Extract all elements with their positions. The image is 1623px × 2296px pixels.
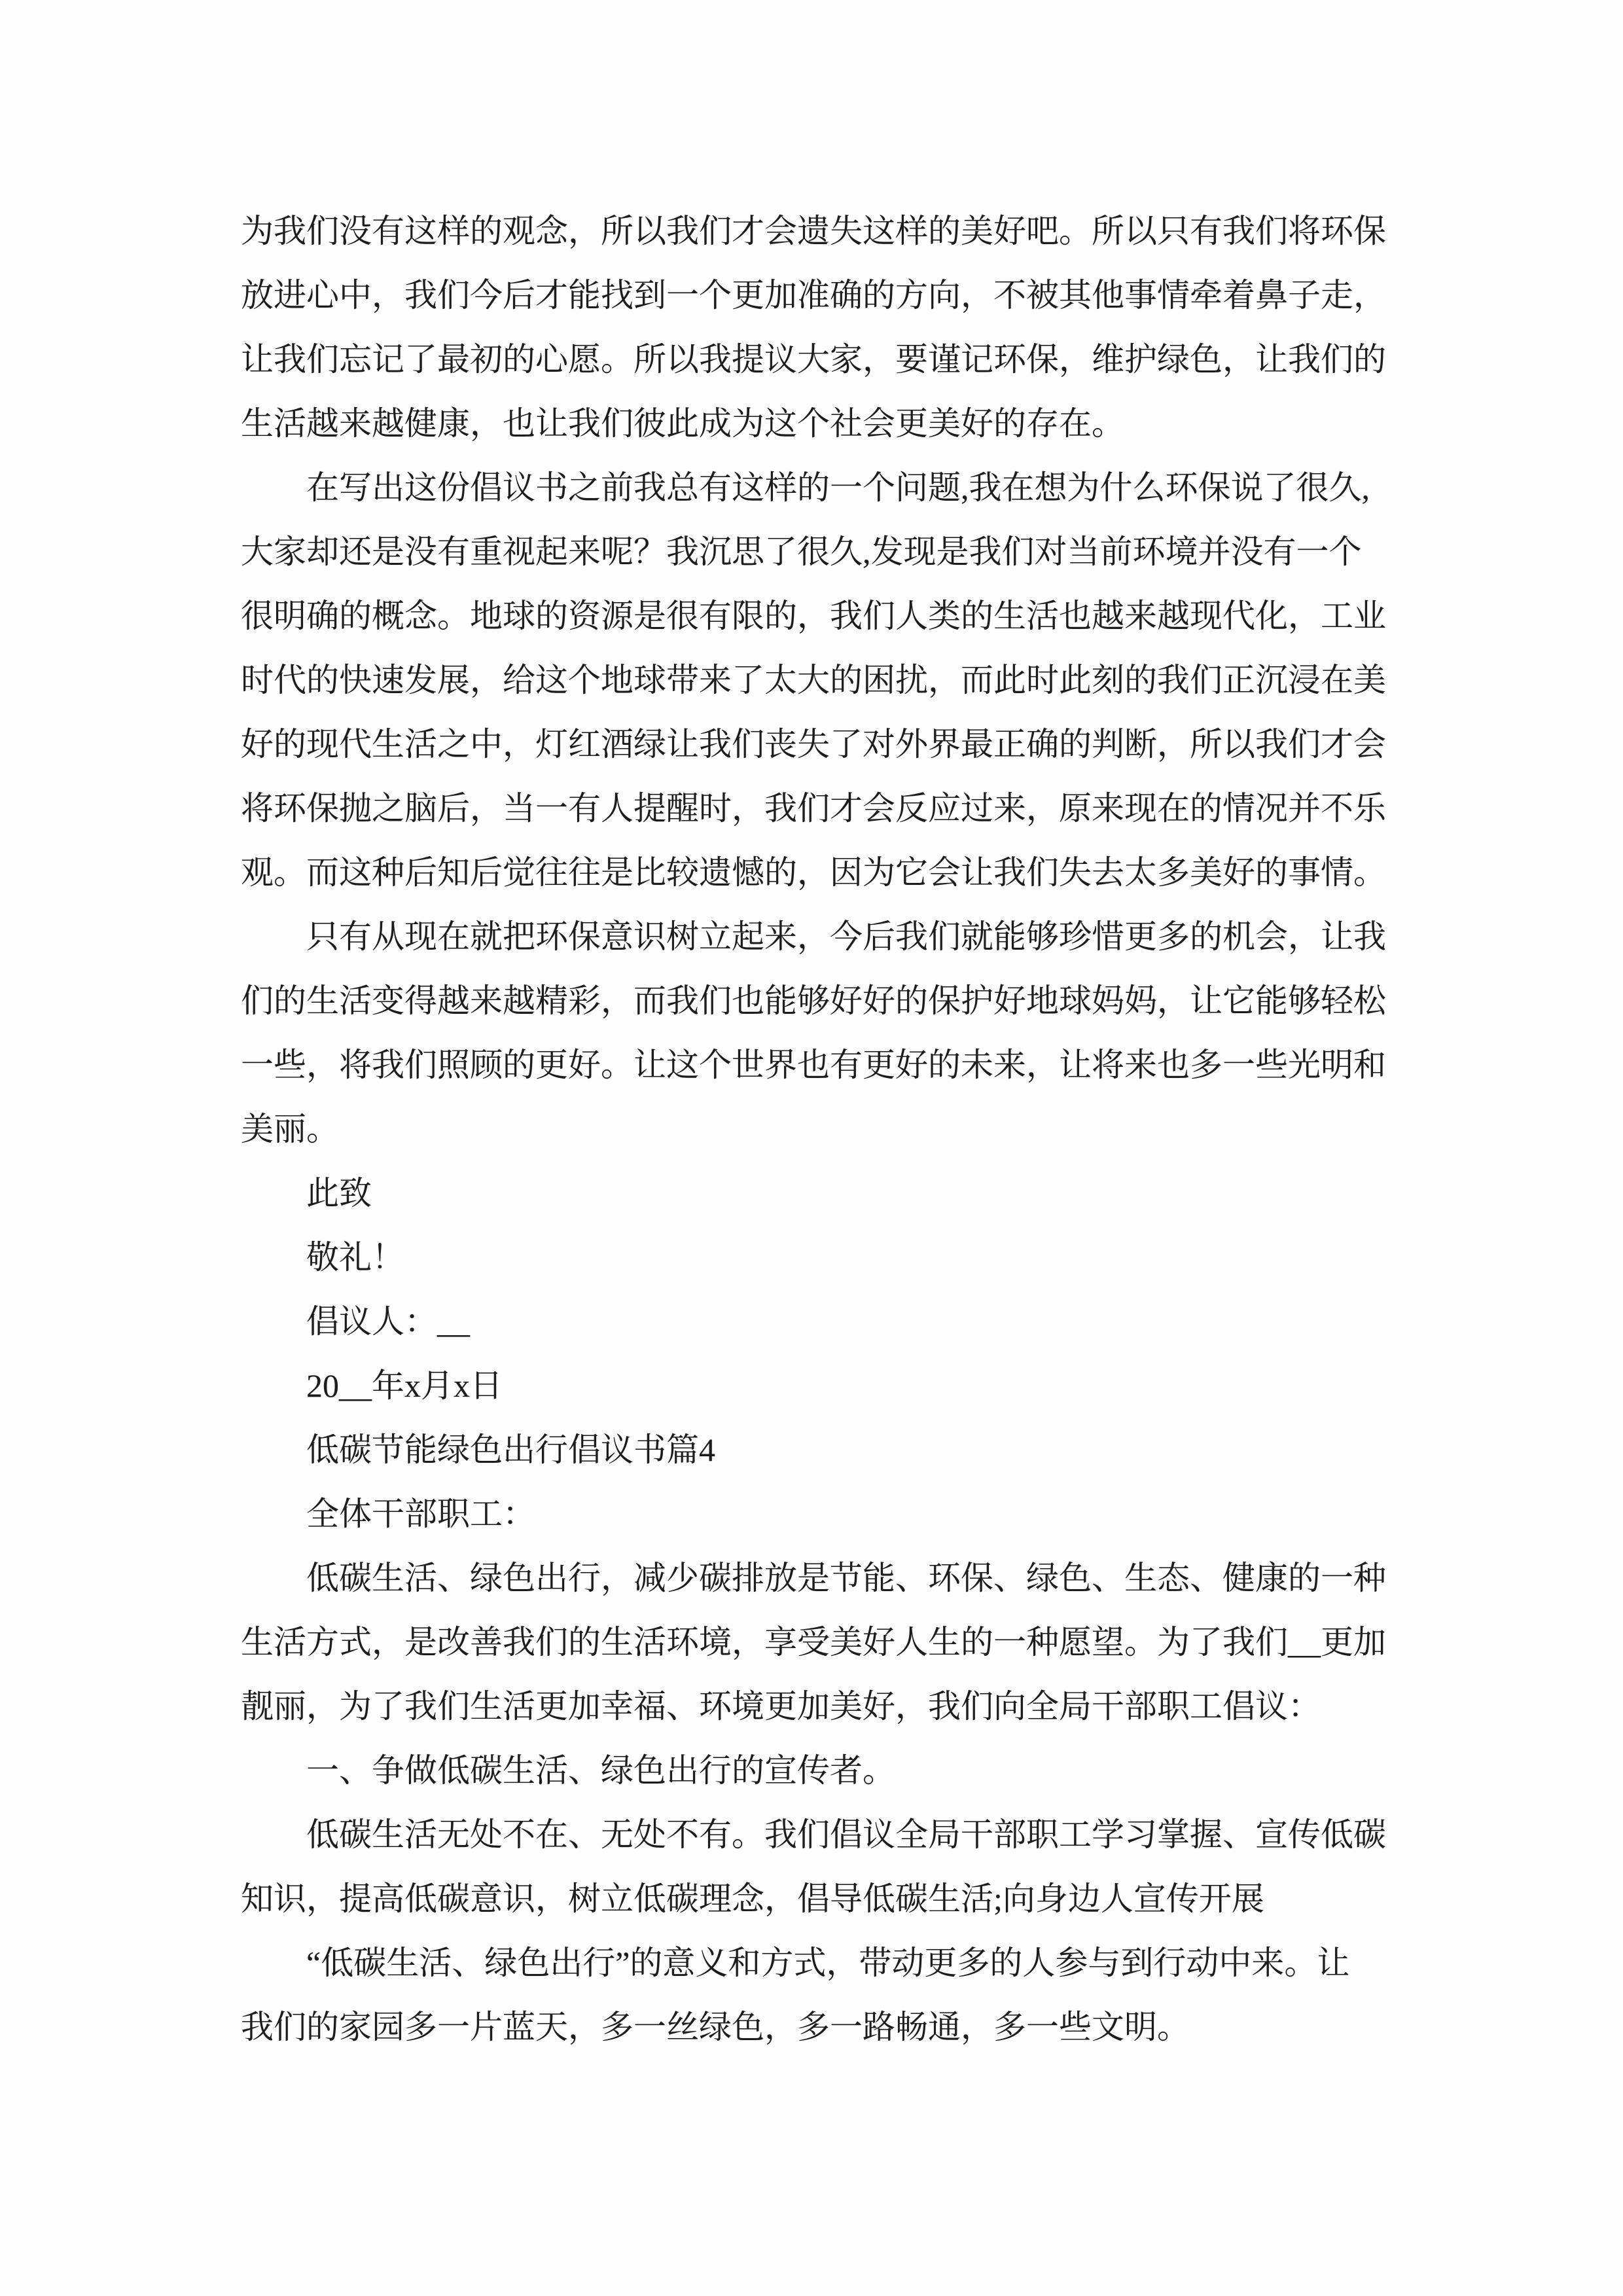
body-line: 为我们没有这样的观念，所以我们才会遗失这样的美好吧。所以只有我们将环保: [241, 199, 1393, 263]
body-line: 让我们忘记了最初的心愿。所以我提议大家，要谨记环保，维护绿色，让我们的: [241, 327, 1393, 391]
body-line: 生活越来越健康，也让我们彼此成为这个社会更美好的存在。: [241, 391, 1393, 456]
body-line: 知识，提高低碳意识，树立低碳理念，倡导低碳生活;向身边人宣传开展: [241, 1867, 1393, 1931]
proposer-line: 倡议人：__: [241, 1289, 1393, 1354]
body-line: 一些，将我们照顾的更好。让这个世界也有更好的未来，让将来也多一些光明和: [241, 1033, 1393, 1097]
body-line: “低碳生活、绿色出行”的意义和方式，带动更多的人参与到行动中来。让: [241, 1931, 1393, 1995]
body-line: 美丽。: [241, 1097, 1393, 1161]
closing-line: 此致: [241, 1161, 1393, 1225]
body-line: 时代的快速发展，给这个地球带来了太大的困扰，而此时此刻的我们正沉浸在美: [241, 648, 1393, 712]
body-line: 低碳生活、绿色出行，减少碳排放是节能、环保、绿色、生态、健康的一种: [241, 1546, 1393, 1610]
body-line: 我们的家园多一片蓝天，多一丝绿色，多一路畅通，多一些文明。: [241, 1995, 1393, 2059]
body-line: 大家却还是没有重视起来呢？我沉思了很久,发现是我们对当前环境并没有一个: [241, 520, 1393, 584]
body-line: 们的生活变得越来越精彩，而我们也能够好好的保护好地球妈妈，让它能够轻松: [241, 969, 1393, 1033]
section-title: 低碳节能绿色出行倡议书篇4: [241, 1418, 1393, 1482]
body-line: 将环保抛之脑后，当一有人提醒时，我们才会反应过来，原来现在的情况并不乐: [241, 776, 1393, 840]
salute-line: 敬礼！: [241, 1225, 1393, 1289]
body-line: 在写出这份倡议书之前我总有这样的一个问题,我在想为什么环保说了很久,: [241, 456, 1393, 520]
salutation-line: 全体干部职工：: [241, 1482, 1393, 1546]
list-item-line: 一、争做低碳生活、绿色出行的宣传者。: [241, 1738, 1393, 1803]
document-page: 为我们没有这样的观念，所以我们才会遗失这样的美好吧。所以只有我们将环保 放进心中…: [0, 0, 1623, 2296]
document-text-block: 为我们没有这样的观念，所以我们才会遗失这样的美好吧。所以只有我们将环保 放进心中…: [241, 199, 1393, 2059]
body-line: 放进心中，我们今后才能找到一个更加准确的方向，不被其他事情牵着鼻子走，: [241, 263, 1393, 327]
body-line: 很明确的概念。地球的资源是很有限的，我们人类的生活也越来越现代化，工业: [241, 584, 1393, 648]
body-line: 靓丽，为了我们生活更加幸福、环境更加美好，我们向全局干部职工倡议：: [241, 1674, 1393, 1738]
body-line: 生活方式，是改善我们的生活环境，享受美好人生的一种愿望。为了我们__更加: [241, 1610, 1393, 1674]
body-line: 观。而这种后知后觉往往是比较遗憾的，因为它会让我们失去太多美好的事情。: [241, 840, 1393, 905]
body-line: 好的现代生活之中，灯红酒绿让我们丧失了对外界最正确的判断，所以我们才会: [241, 712, 1393, 776]
date-line: 20__年x月x日: [241, 1354, 1393, 1418]
body-line: 低碳生活无处不在、无处不有。我们倡议全局干部职工学习掌握、宣传低碳: [241, 1803, 1393, 1867]
body-line: 只有从现在就把环保意识树立起来，今后我们就能够珍惜更多的机会，让我: [241, 905, 1393, 969]
